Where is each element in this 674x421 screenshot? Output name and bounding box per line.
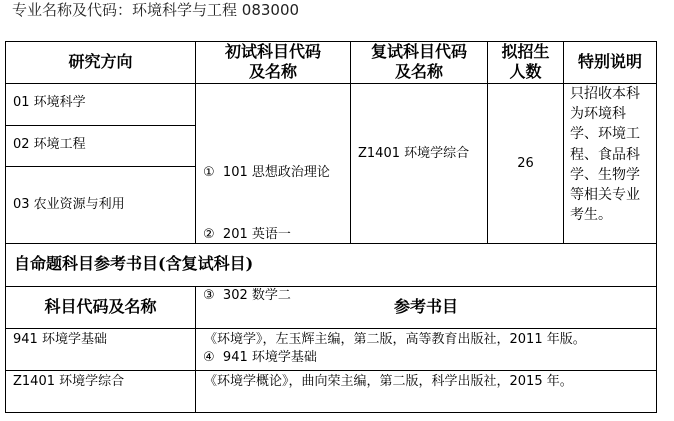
note-line: 为环境科 — [570, 104, 640, 124]
header-quota-line2: 人数 — [488, 62, 563, 82]
row-divider — [5, 166, 195, 167]
note-line: 学、生物学 — [570, 165, 640, 185]
reference-book: 《环境学概论》，曲向荣主编，第二版，科学出版社，2015 年。 — [204, 372, 573, 392]
row-divider — [5, 370, 657, 371]
initial-exam-subject: ④ 941 环境学基础 — [203, 348, 330, 369]
note-line: 考生。 — [570, 205, 640, 225]
header-direction: 研究方向 — [6, 52, 195, 72]
reference-subject: 941 环境学基础 — [13, 330, 107, 350]
header-books: 参考书目 — [196, 297, 656, 317]
header-retest-line2: 及名称 — [351, 62, 487, 82]
retest-subject: Z1401 环境学综合 — [358, 144, 469, 164]
direction-item: 01 环境科学 — [13, 93, 86, 113]
note-line: 只招收本科 — [570, 84, 640, 104]
header-retest-line1: 复试科目代码 — [351, 42, 487, 62]
table-border-right — [656, 41, 657, 413]
row-divider — [5, 125, 195, 126]
header-quota-line1: 拟招生 — [488, 42, 563, 62]
header-retest: 复试科目代码 及名称 — [351, 42, 487, 82]
major-name-code: 专业名称及代码：环境科学与工程 083000 — [12, 0, 299, 20]
reference-section-title: 自命题科目参考书目(含复试科目) — [14, 254, 253, 274]
table-border-left — [5, 41, 6, 413]
header-initial-exam: 初试科目代码 及名称 — [196, 42, 350, 82]
header-initial-exam-line2: 及名称 — [196, 62, 350, 82]
section-divider — [5, 286, 657, 287]
note-line: 程、食品科 — [570, 145, 640, 165]
special-notes: 只招收本科 为环境科 学、环境工 程、食品科 学、生物学 等相关专业 考生。 — [570, 84, 640, 225]
section-divider — [5, 243, 657, 244]
header-quota: 拟招生 人数 — [488, 42, 563, 82]
header-notes: 特别说明 — [564, 52, 656, 72]
header-initial-exam-line1: 初试科目代码 — [196, 42, 350, 62]
reference-subject: Z1401 环境学综合 — [13, 372, 124, 392]
header-subject: 科目代码及名称 — [6, 297, 195, 317]
initial-exam-subject: ② 201 英语一 — [203, 225, 330, 246]
header-divider — [5, 83, 657, 84]
note-line: 学、环境工 — [570, 124, 640, 144]
row-divider — [5, 328, 657, 329]
direction-item: 03 农业资源与利用 — [13, 195, 125, 215]
initial-exam-subject: ① 101 思想政治理论 — [203, 163, 330, 184]
quota-value: 26 — [488, 154, 563, 174]
table-border-bottom — [5, 412, 657, 413]
reference-book: 《环境学》，左玉辉主编，第二版，高等教育出版社，2011 年版。 — [204, 330, 586, 350]
note-line: 等相关专业 — [570, 185, 640, 205]
direction-item: 02 环境工程 — [13, 135, 86, 155]
